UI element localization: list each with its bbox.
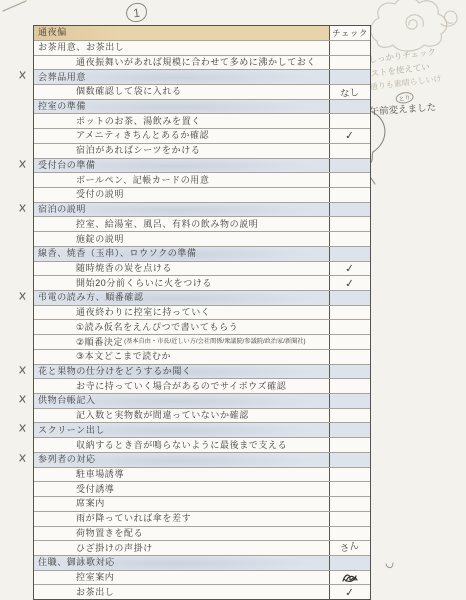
table-row: お茶出し✓ [34,584,370,599]
handwritten-x-mark-icon: ✕ [18,421,27,437]
check-cell [329,423,370,437]
task-label: 雨が降っていれば傘を差す [34,512,329,526]
check-cell [329,41,370,55]
check-cell: さん [329,541,370,555]
table-row: 線香、焼香（玉串）、ロウソクの準備 [34,246,370,261]
check-cell: ✓ [329,276,370,290]
handwritten-x-mark-icon: ✕ [18,363,27,379]
check-cell [329,291,370,305]
table-row: ✕受付台の準備 [34,158,370,173]
table-row: 控室、給湯室、風呂、有料の飲み物の説明 [34,216,370,231]
task-label: お茶用意、お茶出し [34,41,329,55]
task-label-detail: (基本自由・市長/近しい方/会社関係/衆議院/参議院/政治家/新聞社) [124,339,306,345]
task-label: 受付誘導 [34,482,329,496]
task-label: 控室案内 [34,571,329,585]
table-row: 控室の準備 [34,99,370,114]
table-row: 受付の説明 [34,187,370,202]
table-row: ひざ掛けの声掛けさん [34,540,370,555]
task-label: ②順番決定(基本自由・市長/近しい方/会社関係/衆議院/参議院/政治家/新聞社) [34,335,329,349]
table-row: ✕宿泊の説明 [34,202,370,217]
check-cell [329,320,370,334]
check-cell [329,379,370,393]
task-label: 席案内 [34,497,329,511]
check-cell [329,173,370,187]
task-label: ひざ掛けの声掛け [34,541,329,555]
check-cell: なし [329,85,370,99]
check-cell: ✓ [329,585,370,599]
table-row: 住職、御詠歌対応 [34,555,370,570]
check-cell [329,203,370,217]
check-cell [329,188,370,202]
task-label: 駐車場誘導 [34,468,329,482]
handwritten-check-mark-icon: ✓ [345,585,356,599]
handwritten-note: なし [340,84,360,100]
task-label: 通夜振舞いがあれば規模に合わせて多めに沸かしておく [34,56,329,70]
check-cell [329,468,370,482]
pencil-tick [386,563,393,568]
check-cell [329,497,370,511]
task-label: ①読み仮名をえんぴつで書いてもらう [34,320,329,334]
table-row: 収納するとき音が鳴らないように最後まで支える [34,437,370,452]
task-label: 随時焼香の炭を点ける [34,262,329,276]
handwritten-x-mark-icon: ✕ [18,68,27,84]
task-label: 弔電の読み方、順番確認 [34,291,329,305]
spiral-doodle [441,11,457,26]
table-row: ①読み仮名をえんぴつで書いてもらう [34,319,370,334]
table-row: アメニティきちんとあるか確認✓ [34,128,370,143]
table-row: ボールペン、記帳カードの用意 [34,172,370,187]
task-label: スクリーン出し [34,423,329,437]
task-label: 収納するとき音が鳴らないように最後まで支える [34,438,329,452]
task-label: 線香、焼香（玉串）、ロウソクの準備 [34,247,329,261]
table-row: 駐車場誘導 [34,467,370,482]
handwritten-x-mark-icon: ✕ [18,156,27,172]
table-row: 通夜終わりに控室に持っていく [34,305,370,320]
scribble-mark [342,572,358,584]
task-label: 供物台帳記入 [34,394,329,408]
corner-stroke [3,1,26,11]
flower-center-spiral [406,15,423,29]
check-cell [329,394,370,408]
check-cell [329,453,370,467]
table-header-row: 通夜偏 チェック [34,26,370,40]
handwritten-note: さん [339,537,361,555]
table-row: ✕供物台帳記入 [34,393,370,408]
task-label: アメニティきちんとあるか確認 [34,129,329,143]
check-cell [329,306,370,320]
checklist-table: 通夜偏 チェック お茶用意、お茶出し通夜振舞いがあれば規模に合わせて多めに沸かし… [33,25,371,600]
handwritten-check-mark-icon: ✓ [345,276,356,290]
check-cell [329,482,370,496]
task-label: 記入数と実物数が間違っていないか確認 [34,409,329,423]
task-label: 通夜終わりに控室に持っていく [34,306,329,320]
check-cell [329,56,370,70]
check-cell [329,247,370,261]
table-row: 席案内 [34,496,370,511]
table-row: 施錠の説明 [34,231,370,246]
table-row: ✕花と果物の仕分けをどうするか聞く [34,364,370,379]
table-row: 控室案内 [34,570,370,585]
check-cell [329,438,370,452]
check-cell [329,556,370,570]
table-title: 通夜偏 [34,26,329,40]
task-label: 開始20分前くらいに火をつける [34,276,329,290]
task-label: ③本文どこまで読むか [34,350,329,364]
table-row: 宿泊があればシーツをかける [34,143,370,158]
handwritten-check-mark-icon: ✓ [345,129,356,143]
task-label: 住職、御詠歌対応 [34,556,329,570]
task-label: 花と果物の仕分けをどうするか聞く [34,365,329,379]
table-row: ✕スクリーン出し [34,422,370,437]
check-cell [329,512,370,526]
handwritten-x-mark-icon: ✕ [18,392,27,408]
pen-note-furigana: とり [395,91,415,105]
flower-doodle [371,0,447,51]
table-row: ②順番決定(基本自由・市長/近しい方/会社関係/衆議院/参議院/政治家/新聞社) [34,334,370,349]
check-cell [329,335,370,349]
table-rows: お茶用意、お茶出し通夜振舞いがあれば規模に合わせて多めに沸かしておく✕会葬品用意… [34,40,370,599]
task-label: ポットのお茶、湯飲みを置く [34,114,329,128]
task-label: 控室の準備 [34,100,329,114]
check-cell [329,571,370,585]
handwritten-check-mark-icon: ✓ [345,261,356,275]
task-label: ボールペン、記帳カードの用意 [34,173,329,187]
task-label: 宿泊があればシーツをかける [34,144,329,158]
check-cell [329,144,370,158]
task-label: お寺に持っていく場合があるのでサイボウズ確認 [34,379,329,393]
task-label: 控室、給湯室、風呂、有料の飲み物の説明 [34,217,329,231]
check-cell: ✓ [329,262,370,276]
circled-page-number: 1 [125,2,148,23]
check-cell [329,100,370,114]
handwritten-x-mark-icon: ✕ [18,289,27,305]
table-row: 個数確認して袋に入れるなし [34,84,370,99]
table-row: お寺に持っていく場合があるのでサイボウズ確認 [34,378,370,393]
task-label: 受付台の準備 [34,159,329,173]
task-label: 宿泊の説明 [34,203,329,217]
table-row: 受付誘導 [34,481,370,496]
check-cell [329,409,370,423]
handwritten-x-mark-icon: ✕ [18,451,27,467]
check-cell [329,365,370,379]
task-label: 参列者の対応 [34,453,329,467]
check-cell [329,159,370,173]
table-row: ✕参列者の対応 [34,452,370,467]
table-row: 開始20分前くらいに火をつける✓ [34,275,370,290]
page-number-text: 1 [132,5,140,20]
table-row: 荷物置きを配る [34,526,370,541]
check-cell [329,217,370,231]
table-row: 記入数と実物数が間違っていないか確認 [34,408,370,423]
handwritten-x-mark-icon: ✕ [18,201,27,217]
check-cell [329,232,370,246]
check-cell [329,70,370,84]
table-row: 通夜振舞いがあれば規模に合わせて多めに沸かしておく [34,55,370,70]
pen-note-text: 午前変えました [367,102,437,118]
task-label: 個数確認して袋に入れる [34,85,329,99]
task-label: 荷物置きを配る [34,527,329,541]
check-cell [329,350,370,364]
table-row: お茶用意、お茶出し [34,40,370,55]
scanned-checklist-page: 1 しっかりチェック リストを使えてい 思い通りも素晴らしいけ とり 5/23 … [0,0,466,600]
task-label: 施錠の説明 [34,232,329,246]
check-cell: ✓ [329,129,370,143]
table-row: 雨が降っていれば傘を差す [34,511,370,526]
table-row: 随時焼香の炭を点ける✓ [34,261,370,276]
table-row: ③本文どこまで読むか [34,349,370,364]
table-row: ✕会葬品用意 [34,69,370,84]
task-label: 会葬品用意 [34,70,329,84]
task-label: お茶出し [34,585,329,599]
check-column-header: チェック [329,26,370,40]
task-label: 受付の説明 [34,188,329,202]
table-row: ポットのお茶、湯飲みを置く [34,113,370,128]
check-cell [329,114,370,128]
table-row: ✕弔電の読み方、順番確認 [34,290,370,305]
